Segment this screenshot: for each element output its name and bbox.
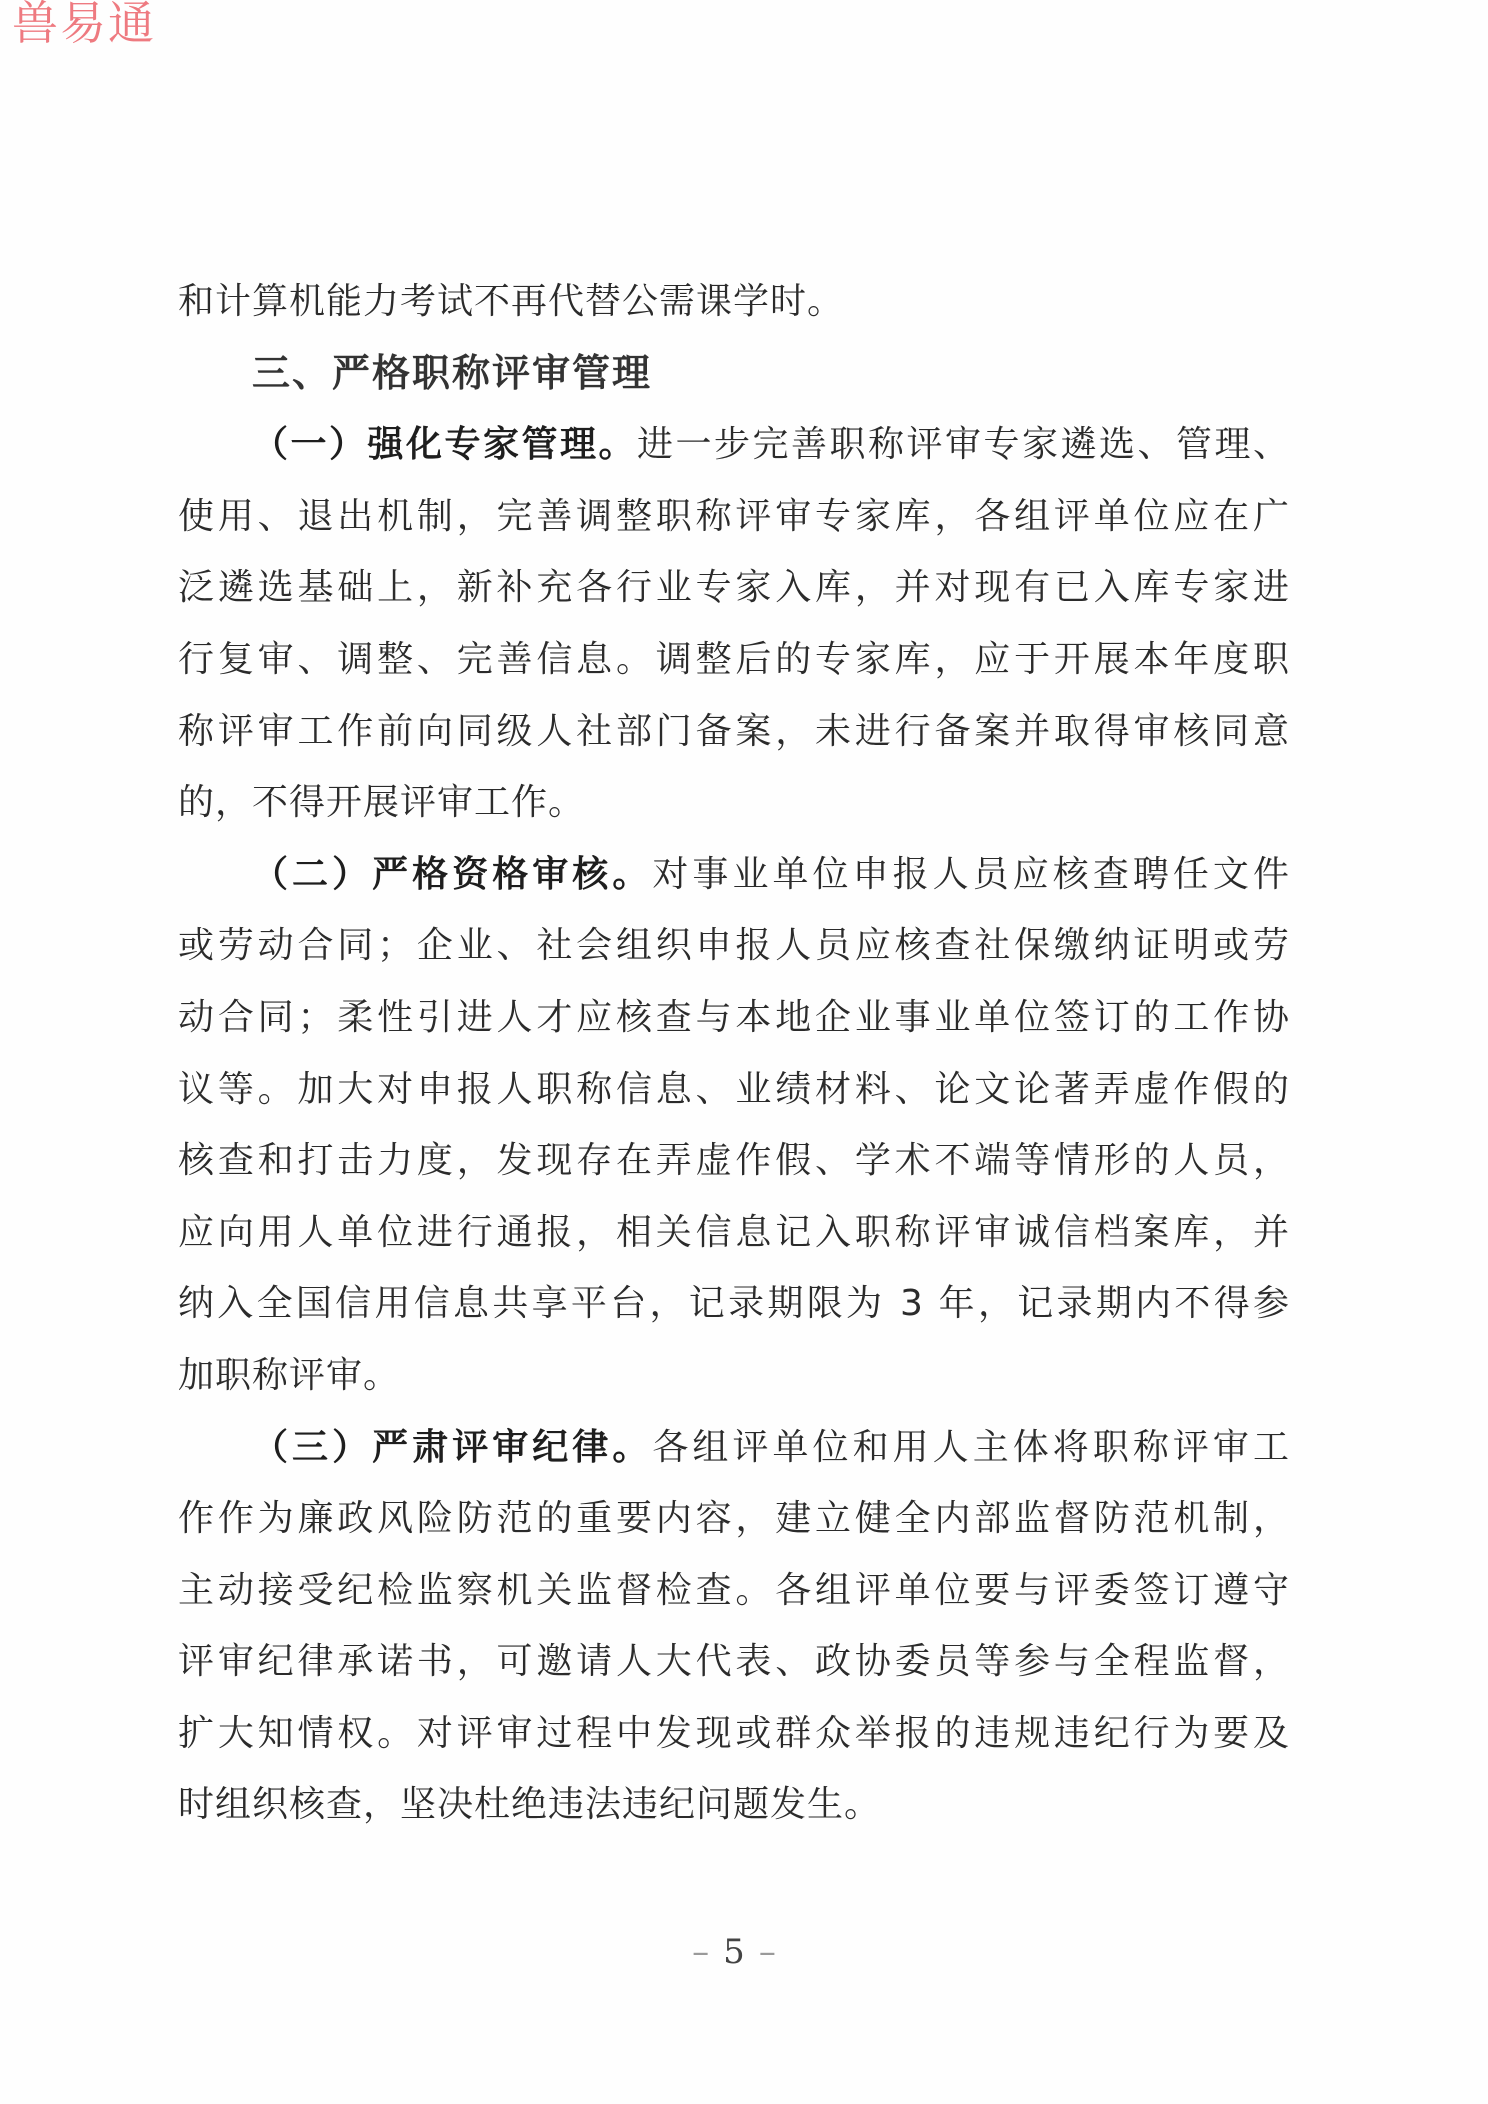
paragraph-line: 时组织核查，坚决杜绝违法违纪问题发生。	[178, 1769, 1290, 1841]
paragraph-line: 动合同；柔性引进人才应核查与本地企业事业单位签订的工作协	[178, 982, 1290, 1054]
paragraph-line: 使用、退出机制，完善调整职称评审专家库，各组评单位应在广	[178, 481, 1290, 553]
paragraph-text: 各组评单位和用人主体将职称评审工	[652, 1427, 1290, 1468]
subsection-expert-management: （一）强化专家管理。进一步完善职称评审专家遴选、管理、 使用、退出机制，完善调整…	[178, 409, 1290, 839]
paragraph-line: 行复审、调整、完善信息。调整后的专家库，应于开展本年度职	[178, 624, 1290, 696]
paragraph-line: 应向用人单位进行通报，相关信息记入职称评审诚信档案库，并	[178, 1197, 1290, 1269]
paragraph-text: 进一步完善职称评审专家遴选、管理、	[637, 424, 1290, 465]
paragraph-line: 泛遴选基础上，新补充各行业专家入库，并对现有已入库专家进	[178, 552, 1290, 624]
section-heading: 三、严格职称评审管理	[178, 338, 1290, 410]
paragraph-line: 作作为廉政风险防范的重要内容，建立健全内部监督防范机制，	[178, 1483, 1290, 1555]
paragraph-first-line: （三）严肃评审纪律。各组评单位和用人主体将职称评审工	[178, 1412, 1290, 1484]
paragraph-line: 评审纪律承诺书，可邀请人大代表、政协委员等参与全程监督，	[178, 1626, 1290, 1698]
subsection-qualification-review: （二）严格资格审核。对事业单位申报人员应核查聘任文件 或劳动合同；企业、社会组织…	[178, 839, 1290, 1412]
page-number-value: 5	[723, 1932, 745, 1972]
paragraph-line: 纳入全国信用信息共享平台，记录期限为 3 年，记录期内不得参	[178, 1268, 1290, 1340]
paragraph-first-line: （二）严格资格审核。对事业单位申报人员应核查聘任文件	[178, 839, 1290, 911]
paragraph-line: 扩大知情权。对评审过程中发现或群众举报的违规违纪行为要及	[178, 1698, 1290, 1770]
subsection-title: （三）严肃评审纪律。	[252, 1427, 652, 1468]
subsection-title: （一）强化专家管理。	[252, 424, 637, 465]
page-number-dash-left: –	[692, 1932, 709, 1972]
paragraph-line: 或劳动合同；企业、社会组织申报人员应核查社保缴纳证明或劳	[178, 910, 1290, 982]
paragraph-line: 议等。加大对申报人职称信息、业绩材料、论文论著弄虚作假的	[178, 1054, 1290, 1126]
page-number: –5–	[0, 1932, 1488, 1972]
paragraph-text: 对事业单位申报人员应核查聘任文件	[652, 854, 1290, 895]
paragraph-first-line: （一）强化专家管理。进一步完善职称评审专家遴选、管理、	[178, 409, 1290, 481]
document-body: 和计算机能力考试不再代替公需课学时。 三、严格职称评审管理 （一）强化专家管理。…	[178, 266, 1290, 1841]
page-number-dash-right: –	[759, 1932, 776, 1972]
paragraph-line: 的，不得开展评审工作。	[178, 767, 1290, 839]
subsection-title: （二）严格资格审核。	[252, 854, 652, 895]
paragraph-line: 加职称评审。	[178, 1340, 1290, 1412]
watermark-logo-text: 兽易通	[12, 0, 156, 51]
paragraph-line: 称评审工作前向同级人社部门备案，未进行备案并取得审核同意	[178, 696, 1290, 768]
subsection-review-discipline: （三）严肃评审纪律。各组评单位和用人主体将职称评审工 作作为廉政风险防范的重要内…	[178, 1412, 1290, 1842]
continuation-line: 和计算机能力考试不再代替公需课学时。	[178, 266, 1290, 338]
paragraph-line: 主动接受纪检监察机关监督检查。各组评单位要与评委签订遵守	[178, 1555, 1290, 1627]
paragraph-line: 核查和打击力度，发现存在弄虚作假、学术不端等情形的人员，	[178, 1125, 1290, 1197]
